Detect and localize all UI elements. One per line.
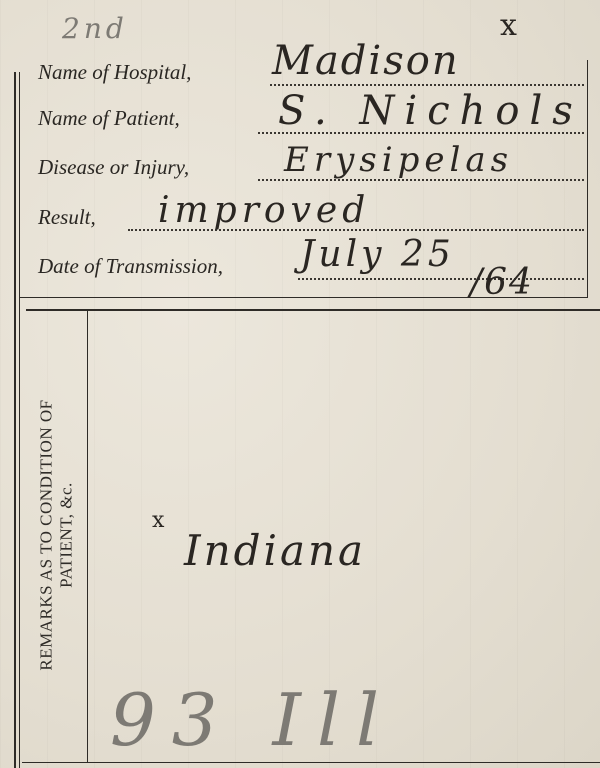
remarks-x-mark: x xyxy=(152,508,166,533)
fields-box-right-rule xyxy=(587,60,588,298)
disease-value: Erysipelas xyxy=(284,140,513,180)
outer-left-rule-inner xyxy=(19,72,20,768)
remarks-label: REMARKS AS TO CONDITION OF PATIENT, &c. xyxy=(28,320,86,750)
result-value: improved xyxy=(158,190,370,231)
remarks-label-line2: PATIENT, &c. xyxy=(57,399,77,670)
patient-label: Name of Patient, xyxy=(38,106,180,131)
date-year-value: /64 xyxy=(470,262,534,303)
hospital-value: Madison xyxy=(272,38,460,84)
outer-left-rule xyxy=(14,72,16,768)
remarks-label-line1: REMARKS AS TO CONDITION OF xyxy=(37,399,57,670)
remarks-top-rule xyxy=(26,309,600,311)
pencil-annotation-top: 2nd xyxy=(62,12,128,45)
remarks-label-divider xyxy=(87,311,88,763)
disease-label: Disease or Injury, xyxy=(38,155,189,180)
date-label: Date of Transmission, xyxy=(38,254,223,279)
date-dotted-line xyxy=(298,278,584,280)
hospital-label: Name of Hospital, xyxy=(38,60,191,85)
remarks-pencil-note: 93 Ill xyxy=(110,678,395,762)
x-mark-top: x xyxy=(500,8,519,43)
date-value: July 25 xyxy=(300,234,455,275)
result-label: Result, xyxy=(38,205,96,230)
hospital-dotted-line xyxy=(270,84,584,86)
remarks-bottom-rule xyxy=(22,762,600,763)
remarks-text: Indiana xyxy=(184,526,366,575)
patient-value: S. Nichols xyxy=(278,88,583,134)
